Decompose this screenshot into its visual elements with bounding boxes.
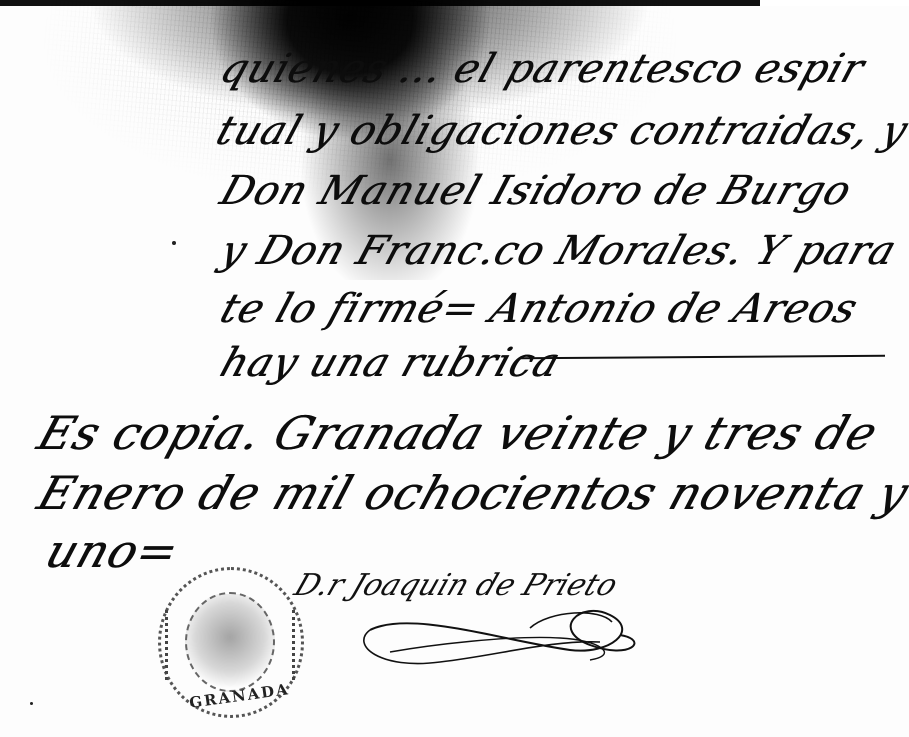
text-line-8: Enero de mil ochocientos noventa y [31, 466, 909, 520]
seal-border-text-left [165, 610, 182, 680]
ink-speck [172, 241, 176, 245]
text-line-4: y Don Franc.co Morales. Y para que co [215, 228, 909, 274]
rubric-line [520, 355, 885, 360]
scan-top-edge-gap [760, 0, 909, 6]
seal-emblem-icon [185, 592, 275, 692]
text-line-6: hay una rubrica [215, 340, 567, 386]
text-line-2: tual y obligaciones contraidas, y testi [211, 108, 909, 154]
signature-flourish-icon [350, 600, 650, 680]
text-line-7: Es copia. Granada veinte y tres de [31, 406, 884, 460]
document-page: quienes ... el parentesco espir tual y o… [0, 0, 909, 737]
ink-speck [30, 702, 33, 705]
seal-border-text-right [278, 610, 295, 680]
official-seal: GRANADA [158, 567, 304, 718]
text-line-1: quienes ... el parentesco espir [215, 46, 871, 92]
signature-name: D.r Joaquin de Prieto [290, 568, 623, 603]
text-line-5: te lo firmé= Antonio de Areos [215, 286, 864, 332]
text-line-9: uno= [39, 524, 186, 578]
text-line-3: Don Manuel Isidoro de Burgo [215, 168, 858, 214]
